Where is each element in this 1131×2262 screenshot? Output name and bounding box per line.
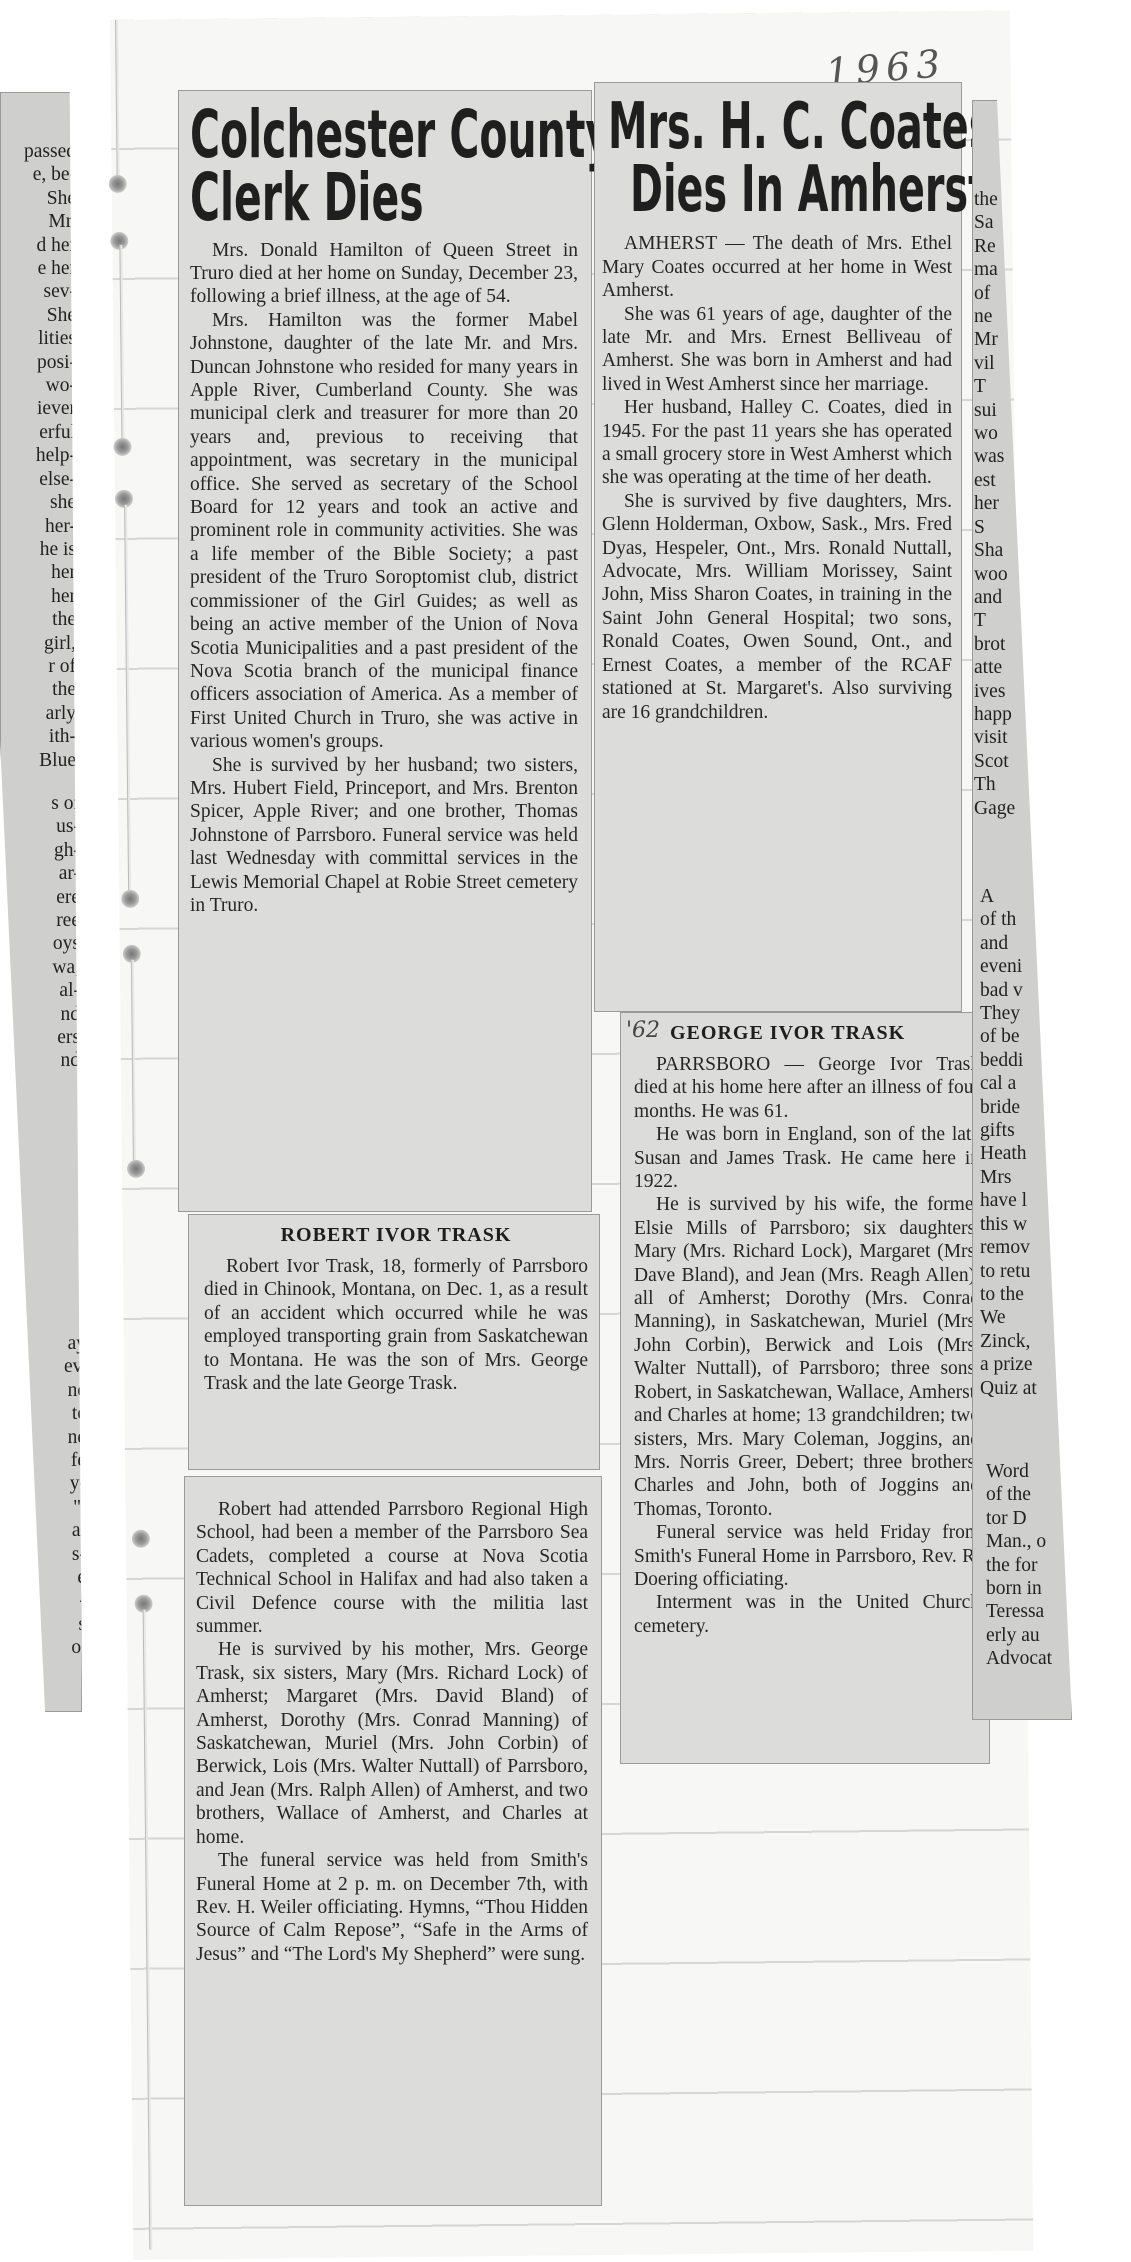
binding-thread [115,20,120,180]
left-clipping-fragment: passed e, be- She Mr. d her e her sev- S… [0,92,82,1712]
article-body: AMHERST — The death of Mrs. Ethel Mary C… [602,232,952,724]
article-mrs-coates: Mrs. H. C. Coates Dies In Amherst AMHERS… [594,82,962,1012]
article-paragraph: Funeral service was held Friday from Smi… [634,1521,980,1591]
article-robert-trask-continued: Robert had attended Parrsboro Regional H… [184,1476,602,2206]
binding-thread [143,1610,153,2250]
binding-thread [124,505,131,895]
article-paragraph: She is survived by five daughters, Mrs. … [602,490,952,724]
binder-hole [113,438,131,456]
left-fragment-text-bottom: ay ev. ne te ne fe y- ". al s- e - s o. [64,1332,86,1660]
right-fragment-text-bottom: Word of the tor D Man., o the for born i… [986,1460,1052,1671]
left-fragment-text-top: passed e, be- She Mr. d her e her sev- S… [24,140,76,772]
binding-thread [119,245,124,440]
binder-hole [132,1530,150,1548]
binder-hole [121,890,139,908]
article-paragraph: Robert had attended Parrsboro Regional H… [196,1498,588,1638]
binder-hole [109,175,127,193]
subhead: ROBERT IVOR TRASK [204,1224,588,1247]
article-paragraph: She is survived by her husband; two sist… [190,754,578,918]
binder-hole [127,1160,145,1178]
article-body: Robert Ivor Trask, 18, formerly of Parrs… [204,1255,588,1395]
right-clipping-fragment: the Sa Re ma of ne Mr vil T sui wo was e… [972,100,1072,1720]
article-paragraph: He is survived by his wife, the former E… [634,1193,980,1521]
article-paragraph: Robert Ivor Trask, 18, formerly of Parrs… [204,1255,588,1395]
article-body: PARRSBORO — George Ivor Trask died at hi… [634,1053,980,1638]
headline: Dies In Amherst [630,157,830,224]
left-fragment-text-mid: s of us- gh- ar- ere ree oys wa, al- nd … [51,792,80,1073]
handwritten-note: '62 [626,1018,660,1043]
article-paragraph: Her husband, Halley C. Coates, died in 1… [602,396,952,490]
article-paragraph: He was born in England, son of the late … [634,1123,980,1193]
right-fragment-text-mid: A of th and eveni bad v They of be beddi… [980,885,1037,1400]
article-paragraph: He is survived by his mother, Mrs. Georg… [196,1638,588,1849]
article-paragraph: The funeral service was held from Smith'… [196,1849,588,1966]
article-paragraph: Interment was in the United Church cemet… [634,1591,980,1638]
article-body: Mrs. Donald Hamilton of Queen Street in … [190,239,578,918]
article-paragraph: Mrs. Donald Hamilton of Queen Street in … [190,239,578,309]
headline: Clerk Dies [190,163,431,232]
article-paragraph: PARRSBORO — George Ivor Trask died at hi… [634,1053,980,1123]
headline: Mrs. H. C. Coates [608,94,821,161]
binding-thread [131,960,136,1170]
article-paragraph: AMHERST — The death of Mrs. Ethel Mary C… [602,232,952,302]
article-body: Robert had attended Parrsboro Regional H… [196,1498,588,1966]
article-paragraph: Mrs. Hamilton was the former Mabel Johns… [190,309,578,754]
article-colchester-county-clerk: Colchester County Clerk Dies Mrs. Donald… [178,90,592,1212]
subhead: GEORGE IVOR TRASK [670,1022,980,1045]
article-robert-ivor-trask: ROBERT IVOR TRASK Robert Ivor Trask, 18,… [188,1214,600,1470]
article-george-ivor-trask: '62 GEORGE IVOR TRASK PARRSBORO — George… [620,1012,990,1764]
article-paragraph: She was 61 years of age, daughter of the… [602,303,952,397]
